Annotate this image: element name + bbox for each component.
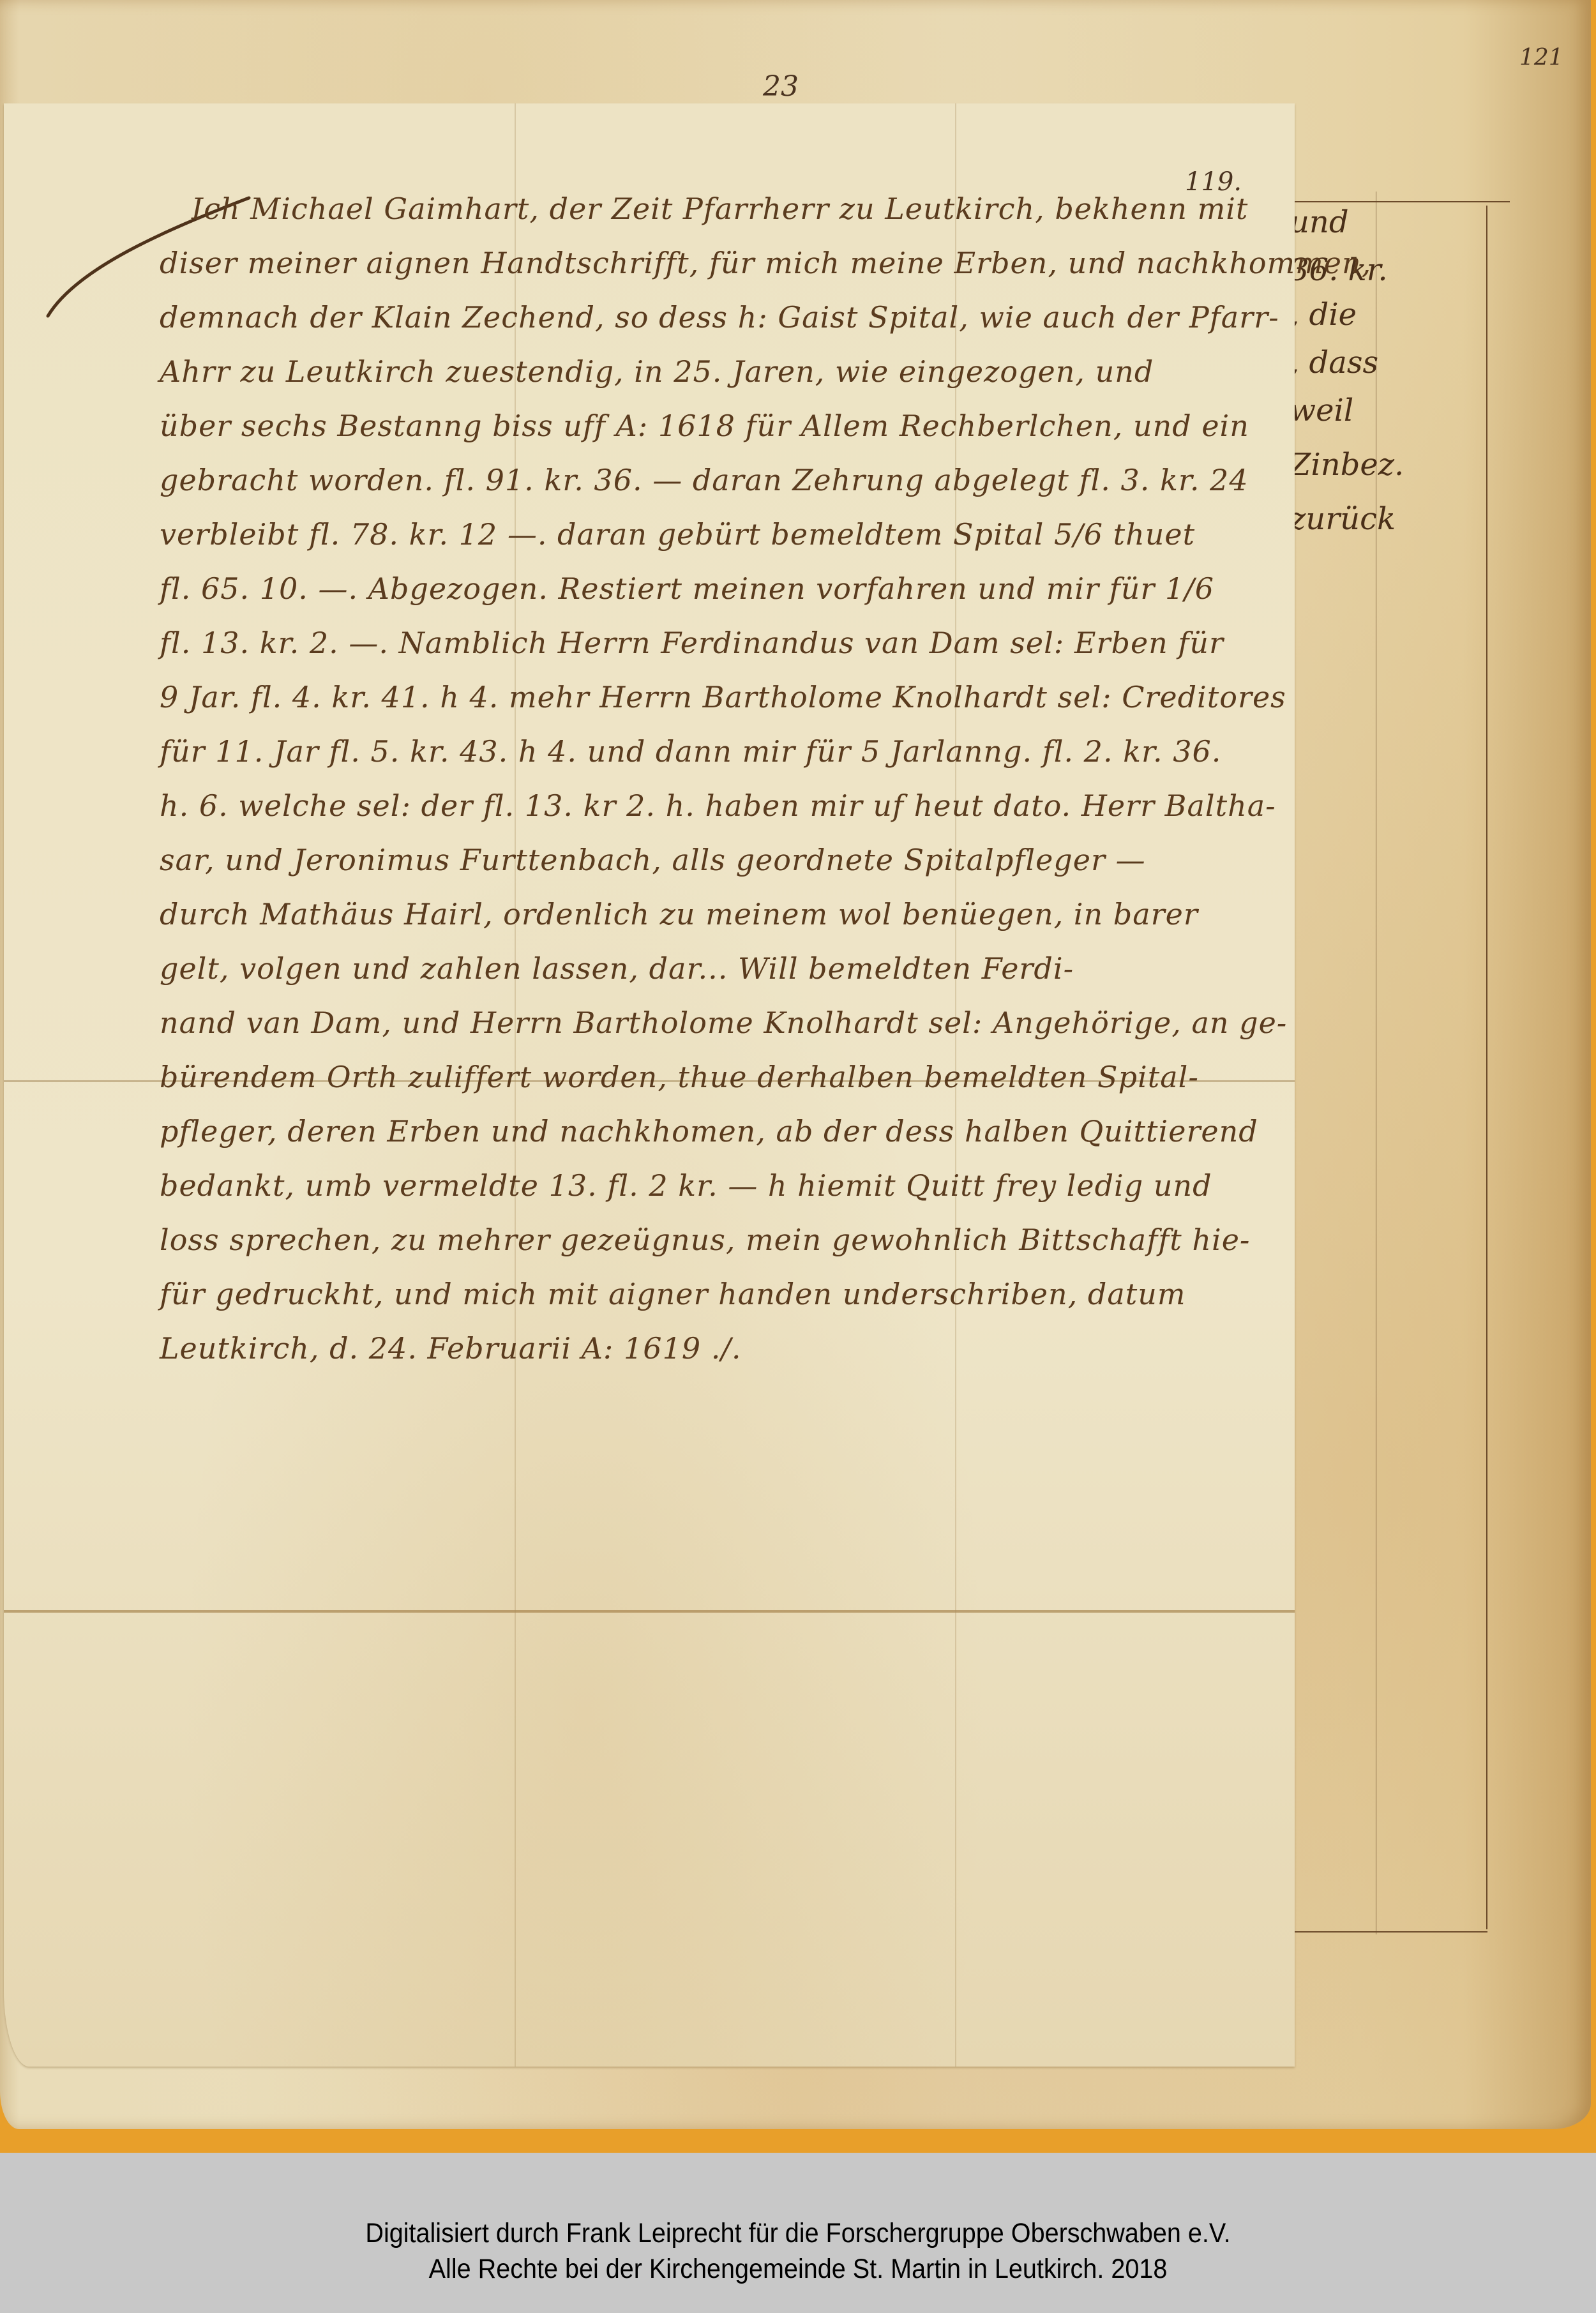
letter-line: loss sprechen, zu mehrer gezeügnus, mein…: [160, 1223, 1250, 1257]
page-number-top-right: 121: [1519, 45, 1563, 71]
letter-line: gelt, volgen und zahlen lassen, dar... W…: [160, 951, 1074, 986]
margin-word: , dass: [1290, 345, 1378, 380]
letter-line: verbleibt fl. 78. kr. 12 —. daran gebürt…: [160, 517, 1195, 552]
frame-right-line: [1486, 206, 1487, 1929]
letter-line: demnach der Klain Zechend, so dess h: Ga…: [160, 300, 1279, 335]
manuscript-scan: 23 121 und 36. kr. , die , dass weil Zin…: [0, 0, 1596, 2153]
caption-digitization-credit: Digitalisiert durch Frank Leiprecht für …: [64, 2215, 1532, 2251]
letter-line: fl. 65. 10. —. Abgezogen. Restiert meine…: [160, 571, 1214, 606]
letter-line: Ahrr zu Leutkirch zuestendig, in 25. Jar…: [160, 354, 1154, 389]
frame-top-line: [1290, 201, 1510, 202]
letter-line: Ich Michael Gaimhart, der Zeit Pfarrherr…: [192, 192, 1248, 226]
letter-line: für gedruckht, und mich mit aigner hande…: [160, 1277, 1186, 1311]
letter-line: bürendem Orth zuliffert worden, thue der…: [160, 1060, 1199, 1094]
letter-line: diser meiner aignen Handtschrifft, für m…: [160, 246, 1371, 280]
margin-word: , die: [1290, 297, 1357, 333]
letter-line: pfleger, deren Erben und nachkhomen, ab …: [160, 1114, 1258, 1149]
margin-word: Zinbez.: [1290, 447, 1404, 483]
fold-crease: [4, 1610, 1295, 1613]
letter-line: sar, und Jeronimus Furttenbach, alls geo…: [160, 843, 1146, 877]
letter-date-line: Leutkirch, d. 24. Februarii A: 1619 ./.: [160, 1331, 741, 1366]
margin-word: weil: [1290, 393, 1353, 428]
letter-line: durch Mathäus Hairl, ordenlich zu meinem…: [160, 897, 1198, 931]
letter-line: fl. 13. kr. 2. —. Namblich Herrn Ferdina…: [160, 626, 1224, 660]
letter-line: 9 Jar. fl. 4. kr. 41. h 4. mehr Herrn Ba…: [160, 680, 1286, 714]
letter-line: gebracht worden. fl. 91. kr. 36. — daran…: [160, 463, 1249, 497]
copyright-caption-bar: Digitalisiert durch Frank Leiprecht für …: [0, 2153, 1596, 2313]
caption-rights-notice: Alle Rechte bei der Kirchengemeinde St. …: [64, 2251, 1532, 2287]
letter-line: nand van Dam, und Herrn Bartholome Knolh…: [160, 1006, 1287, 1040]
page-number-top-center: 23: [763, 70, 799, 103]
margin-word: zurück: [1290, 501, 1396, 537]
letter-line: bedankt, umb vermeldte 13. fl. 2 kr. — h…: [160, 1168, 1212, 1203]
letter-line: für 11. Jar fl. 5. kr. 43. h 4. und dann…: [160, 734, 1221, 769]
letter-line: h. 6. welche sel: der fl. 13. kr 2. h. h…: [160, 788, 1276, 823]
letter-line: über sechs Bestanng biss uff A: 1618 für…: [160, 409, 1249, 443]
margin-word: und: [1290, 204, 1349, 240]
